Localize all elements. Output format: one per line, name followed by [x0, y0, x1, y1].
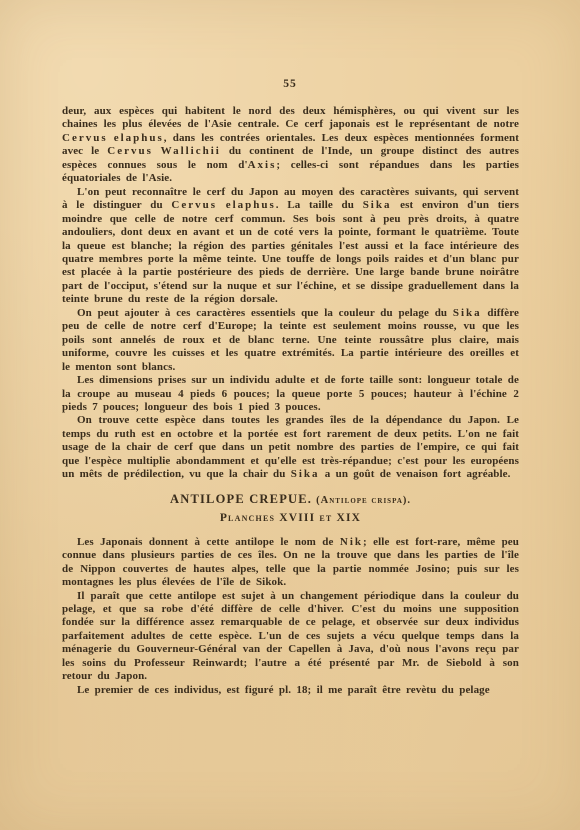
paragraph: On trouve cette espèce dans toutes les g…	[62, 414, 519, 481]
scanned-book-page: 55 deur, aux espèces qui habitent le nor…	[0, 0, 580, 830]
species-title: ANTILOPE CREPUE.	[170, 492, 312, 506]
species-latin-name: (Antilope crispa).	[316, 495, 411, 506]
text-column: deur, aux espèces qui habitent le nord d…	[62, 105, 519, 697]
paragraph: Les dimensions prises sur un individu ad…	[62, 374, 519, 414]
paragraph: Il paraît que cette antilope est sujet à…	[62, 590, 519, 684]
paragraph: Les Japonais donnent à cette antilope le…	[62, 536, 519, 590]
page-number: 55	[0, 78, 580, 90]
paragraph-continuation: deur, aux espèces qui habitent le nord d…	[62, 105, 519, 186]
paragraph: L'on peut reconnaître le cerf du Japon a…	[62, 186, 519, 307]
plates-reference: Planches XVIII et XIX	[62, 511, 519, 526]
paragraph: On peut ajouter à ces caractères essenti…	[62, 307, 519, 374]
section-heading: ANTILOPE CREPUE. (Antilope crispa).	[62, 491, 519, 508]
paragraph-last: Le premier de ces individus, est figuré …	[62, 684, 519, 697]
